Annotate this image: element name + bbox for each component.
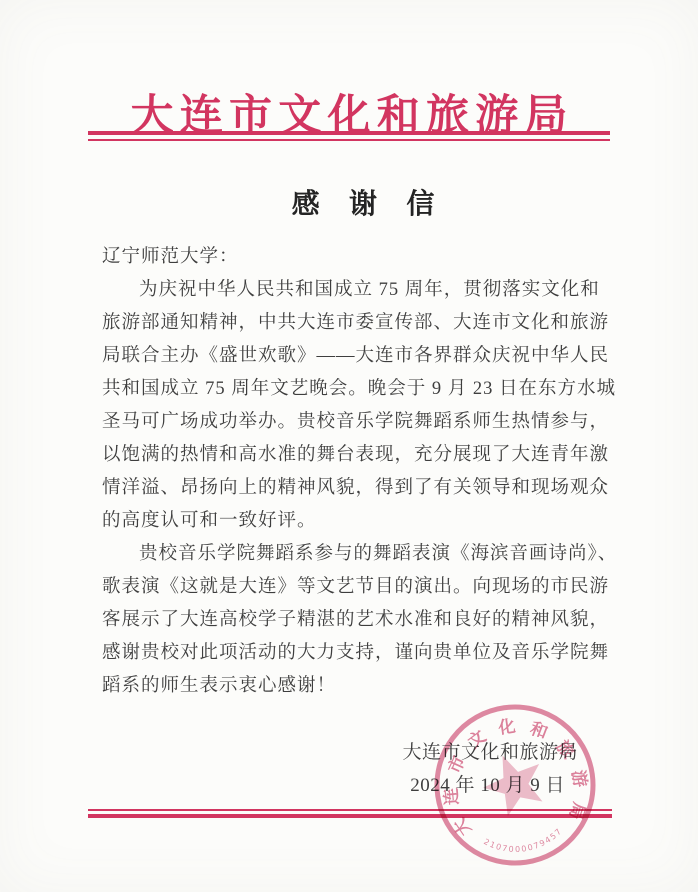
body-line: 客展示了大连高校学子精湛的艺术水准和良好的精神风貌， — [102, 604, 612, 637]
body-line: 的高度认可和一致好评。 — [102, 505, 612, 538]
body-line: 圣马可广场成功举办。贵校音乐学院舞蹈系师生热情参与， — [102, 406, 612, 439]
signature-org: 大连市文化和旅游局 — [402, 736, 578, 769]
body-line: 共和国成立 75 周年文艺晚会。晚会于 9 月 23 日在东方水城 — [102, 373, 612, 406]
seal-serial-digit: 1 — [488, 840, 496, 850]
body-line: 贵校音乐学院舞蹈系参与的舞蹈表演《海滨音画诗尚》、 — [102, 538, 612, 571]
seal-char: 大 — [449, 815, 475, 840]
seal-serial-digit: 0 — [521, 844, 527, 854]
seal-char: 化 — [496, 715, 517, 737]
seal-serial-digit: 4 — [543, 835, 552, 845]
body-line: 情洋溢、昂扬向上的精神风貌，得到了有关领导和现场观众 — [102, 472, 612, 505]
seal-serial-digit: 5 — [549, 831, 559, 841]
body-line: 旅游部通知精神，中共大连市委宣传部、大连市文化和旅游 — [102, 307, 612, 340]
seal-serial-digit: 0 — [515, 845, 520, 854]
footer-double-rule — [88, 809, 612, 818]
signature-block: 大连市文化和旅游局 2024 年 10 月 9 日 — [402, 736, 578, 802]
signature-date: 2024 年 10 月 9 日 — [402, 769, 578, 802]
salutation: 辽宁师范大学： — [102, 241, 612, 274]
rule-thick — [88, 131, 610, 135]
letter-body: 辽宁师范大学： 为庆祝中华人民共和国成立 75 周年，贯彻落实文化和旅游部通知精… — [102, 241, 612, 703]
rule-thin — [88, 139, 610, 141]
body-line: 局联合主办《盛世欢歌》——大连市各界群众庆祝中华人民 — [102, 340, 612, 373]
letter-page: 大连市文化和旅游局 感谢信 辽宁师范大学： 为庆祝中华人民共和国成立 75 周年… — [0, 0, 698, 892]
letterhead-double-rule — [88, 131, 610, 141]
rule-thin — [88, 809, 612, 811]
seal-serial-digit: 2 — [482, 837, 491, 847]
seal-serial-digit: 7 — [501, 844, 508, 854]
seal-serial-digit: 7 — [533, 841, 541, 851]
seal-serial-digit: 9 — [538, 838, 547, 848]
seal-serial-digit: 7 — [553, 827, 563, 837]
body-line: 歌表演《这就是大连》等文艺节目的演出。向现场的市民游 — [102, 571, 612, 604]
rule-thick — [88, 814, 612, 818]
body-line: 感谢贵校对此项活动的大力支持，谨向贵单位及音乐学院舞 — [102, 637, 612, 670]
body-line: 为庆祝中华人民共和国成立 75 周年，贯彻落实文化和 — [102, 274, 612, 307]
seal-serial-digit: 0 — [527, 843, 534, 853]
body-line: 蹈系的师生表示衷心感谢！ — [102, 670, 612, 703]
seal-serial-digit: 0 — [508, 845, 514, 854]
seal-serial-digit: 0 — [495, 842, 502, 852]
seal-serial-number: 2107000079457 — [481, 826, 565, 859]
document-title: 感谢信 — [14, 182, 698, 222]
body-line: 以饱满的热情和高水准的舞台表现，充分展现了大连青年激 — [102, 439, 612, 472]
